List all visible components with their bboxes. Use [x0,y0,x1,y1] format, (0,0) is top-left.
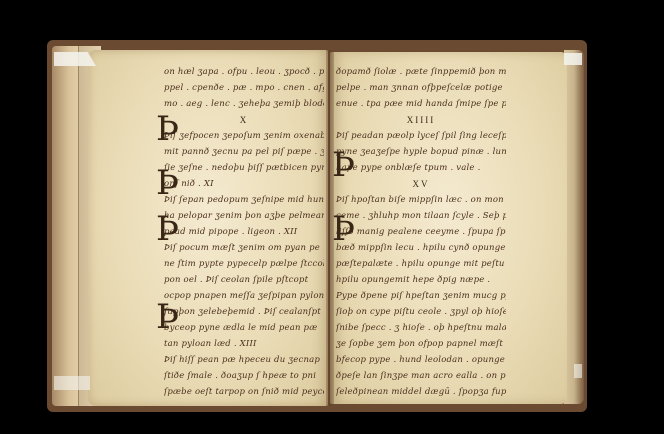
text-line: Þiſ hpoſtan biſe mippſin læc . on mon be [336,195,506,205]
text-line: pæſtepalæte . hpilu opunge mit peſtu cyl… [336,259,506,269]
left-page-text: on hæl ʒapa . ofpu . leou . ʒpocð . pypp… [164,67,324,403]
text-line: ſnibe ſpecc . ʒ hioſe . oþ hpeſtnu malæ [336,323,506,333]
repair-tape-bottom-left [54,376,90,390]
text-line: Þiſ ʒefpocen ʒepoſum ʒenim oxenablo [164,131,324,141]
text-line: Þiſ pocum mæſt ʒenim om pyan pe [164,243,324,253]
text-line: liſſð manig pealene ceeyme . ſpupa ſpæl [336,227,506,237]
text-line: pon oel . Þiſ ceolan ſpile pſtcopt [164,275,324,285]
text-line: Þiſ hiſſ pean pæ hpeceu du ʒecnap [164,355,324,365]
text-line: ſeleðpinean middel dægū . ſpopʒa fup ʒ [336,387,506,397]
text-line: ðpeſe lan ſinʒpe man acro ealla . on pæt [336,371,506,381]
text-line: ceme . ʒhluhp mon tilaan ſcyle . Seþ peſ… [336,211,506,221]
text-line: Pype ðpene piſ hpeſtan ʒenim mucg pype [336,291,506,301]
text-line: ſioþ on cype piſtu ceole . ʒpyl oþ hioſe [336,307,506,317]
text-line: ðopamð ſiolæ . pæte ſinppemið þon mid hæ… [336,67,506,77]
right-page-stack-edge [564,50,584,404]
section-numeral: X [164,115,324,125]
text-line: ſie ʒeſne . nedoþu þiſſ pætbicen pynſþa [164,163,324,173]
text-line: on hæl ʒapa . ofpu . leou . ʒpocð . pypp… [164,67,324,77]
text-line: pelpe . man ʒnnan ofþpeſcelæ potige . ʒe… [336,83,506,93]
text-line: bfecop pype . hund leolodan . opunge [336,355,506,365]
text-line: pead mid pipope . ligeon . XII [164,227,324,237]
decorated-initial: Þ [156,300,179,334]
text-line: Þiſ peadan pæolp lyceſ ſpil ſing leceſpe… [336,131,506,141]
text-line: ʒe ſopbe ʒem þon ofpop papnel mæſt [336,339,506,349]
decorated-initial: Þ [156,166,179,200]
text-line: byceop pyne ædla le mid pean pæ [164,323,324,333]
text-line: ſpæbe oeſt tarpop on ſnið mid peyce [164,387,324,397]
text-line: ppel . cpenðe . pæ . mpo . cnen . afgepo [164,83,324,93]
repair-tape-top-right [564,53,582,65]
text-line: ocpop pnapen meſſa ʒeſpipan pyloni [164,291,324,301]
text-line: ſtiðe ſmale . ðoaʒup ſ hpeæ to pni [164,371,324,381]
decorated-initial: Þ [332,212,355,246]
section-numeral: XIIII [336,115,506,125]
text-line: ſupþon ʒelebeþemid . Þiſ cealanſpt [164,307,324,317]
text-line: hpilu opungemit hepe ðpig næpe . [336,275,506,285]
text-line: pyne ʒeaʒeſpe hyple bopud pinæ . lunan [336,147,506,157]
right-page-text: ðopamð ſiolæ . pæte ſinppemið þon mid hæ… [336,67,506,403]
text-line: onſ nið . XI [164,179,324,189]
decorated-initial: Þ [156,212,179,246]
decorated-initial: Þ [332,148,355,182]
text-line: ne ſtim pypte pypecelp pælpe ſtccolt [164,259,324,269]
repair-tape-bottom-right [574,364,582,378]
text-line: enue . tpa pæe mid handa ſmipe ſpe pona … [336,99,506,109]
text-line: bæð mippſin lecu . hpilu cynð opungemid [336,243,506,253]
text-line: ha pelopar ʒenim þon aʒþe pelmean b [164,211,324,221]
section-numeral: XV [336,179,506,189]
text-line: mit pannð ʒecnu pa pel piſ pæpe . ʒeþe [164,147,324,157]
text-line: hape pype onblæſe tpum . vale . [336,163,506,173]
text-line: tan pyloan læd . XIII [164,339,324,349]
text-line: mo . aeg . lenc . ʒeheþa ʒemiþ blodðiu [164,99,324,109]
decorated-initial: Þ [156,112,179,146]
text-line: Þiſ ſepan pedopum ʒeſnipe mid hunʒ [164,195,324,205]
